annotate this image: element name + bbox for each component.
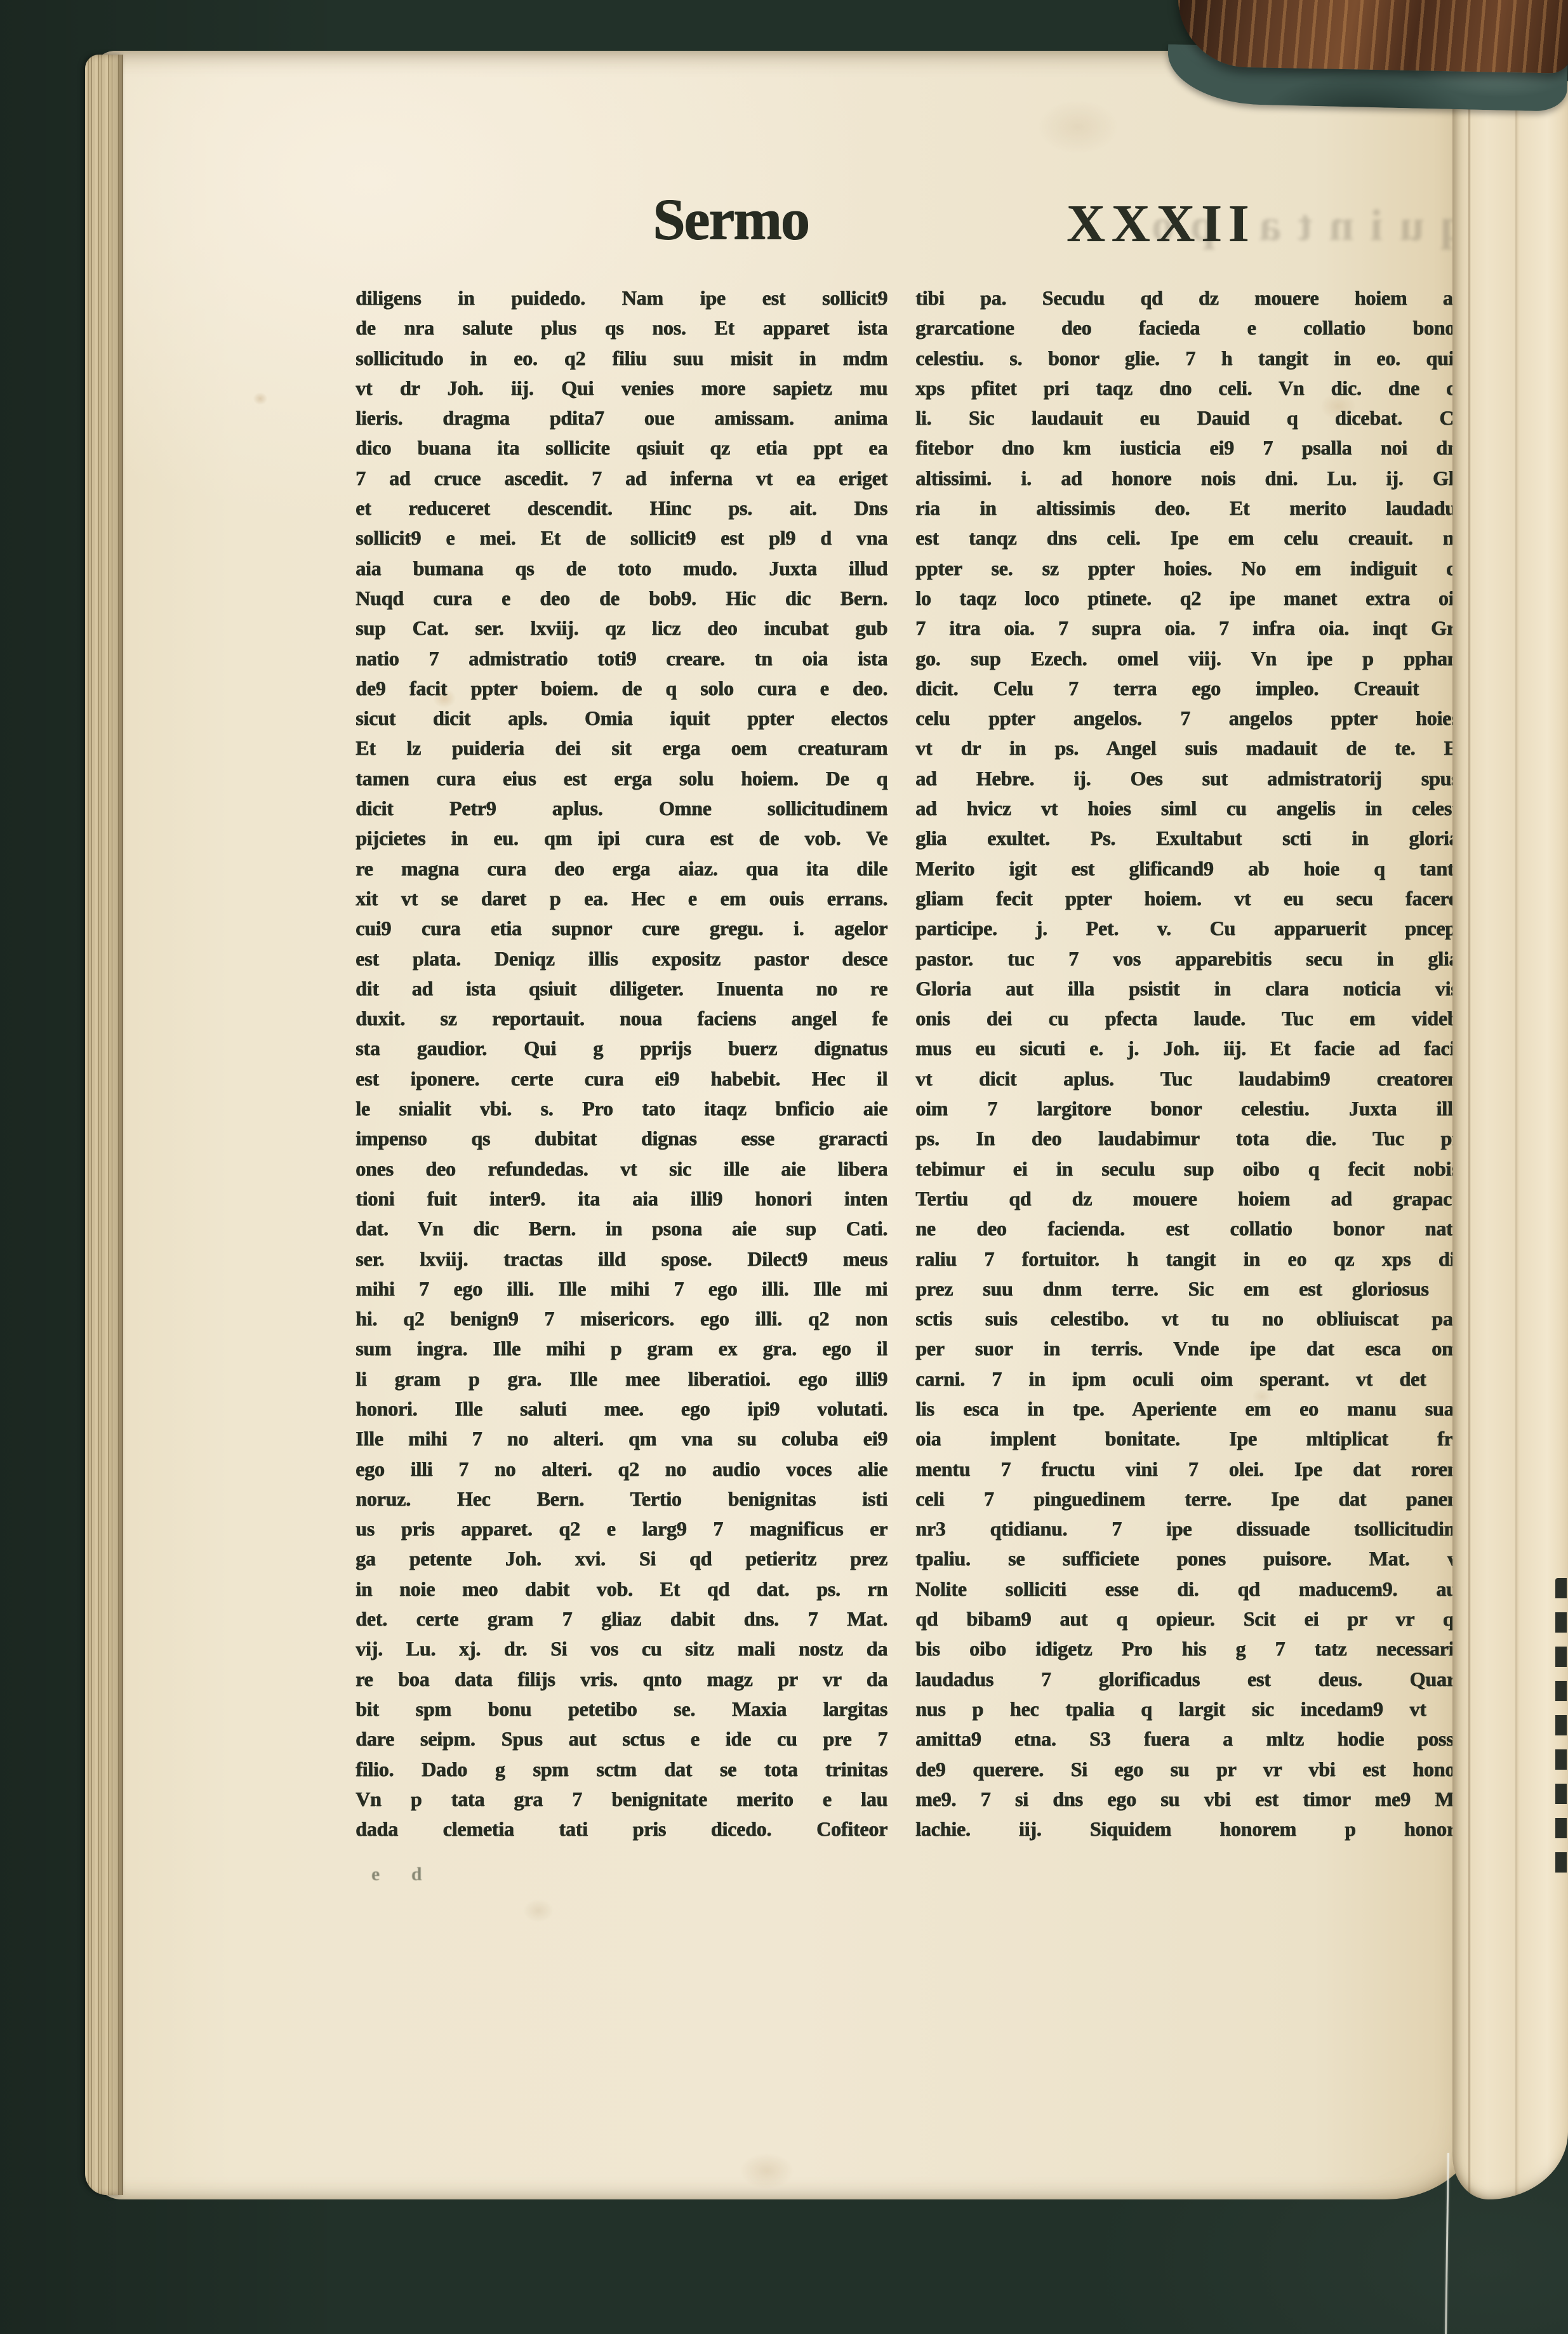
text-line: dada clemetia tati pris dicedo. Cofiteor bbox=[355, 1814, 887, 1844]
text-line: go. sup Ezech. omel viij. Vn ipe p ppham bbox=[915, 644, 1464, 673]
text-line: tpaliu. se sufficiete pones puisore. Mat… bbox=[915, 1544, 1464, 1574]
text-line: honori. Ille saluti mee. ego ipi9 voluta… bbox=[355, 1394, 887, 1424]
text-line: xps pfitet pri taqz dno celi. Vn dic. dn… bbox=[915, 373, 1464, 403]
text-line: xit vt se daret p ea. Hec e em ouis erra… bbox=[355, 884, 887, 913]
leather-binding-corner bbox=[1177, 0, 1568, 74]
text-line: duxit. sz reportauit. noua faciens angel… bbox=[355, 1004, 887, 1033]
text-column-right: tibi pa. Secudu qd dz mouere hoiem adgra… bbox=[915, 283, 1464, 1854]
text-line: dico buana ita sollicite qsiuit qz etia … bbox=[355, 433, 887, 463]
text-line: dicit Petr9 aplus. Omne sollicitudinem bbox=[355, 793, 887, 823]
text-line: altissimi. i. ad honore nois dni. Lu. ij… bbox=[915, 463, 1464, 493]
text-line: me9. 7 si dns ego su vbi est timor me9 M… bbox=[915, 1784, 1464, 1814]
text-line: de9 facit ppter boiem. de q solo cura e … bbox=[355, 673, 887, 703]
text-line: li gram p gra. Ille mee liberatioi. ego … bbox=[355, 1364, 887, 1394]
text-line: cui9 cura etia supnor cure gregu. i. age… bbox=[355, 913, 887, 943]
text-line: tebimur ei in seculu sup oibo q fecit no… bbox=[915, 1154, 1464, 1184]
text-line: vt dr in ps. Angel suis madauit de te. E… bbox=[915, 733, 1464, 763]
text-line: 7 itra oia. 7 supra oia. 7 infra oia. in… bbox=[915, 613, 1464, 643]
text-line: mentu 7 fructu vini 7 olei. Ipe dat rore… bbox=[915, 1454, 1464, 1484]
text-line: carni. 7 in ipm oculi oim sperant. vt de… bbox=[915, 1364, 1464, 1394]
text-line: le snialit vbi. s. Pro tato itaqz bnfici… bbox=[355, 1094, 887, 1124]
text-line: ria in altissimis deo. Et merito laudadu… bbox=[915, 493, 1464, 523]
text-line: dit ad ista qsiuit diligeter. Inuenta no… bbox=[355, 974, 887, 1004]
text-line: filio. Dado g spm sctm dat se tota trini… bbox=[355, 1754, 887, 1784]
text-line: glia exultet. Ps. Exultabut scti in glor… bbox=[915, 823, 1464, 853]
text-line: lis esca in tpe. Aperiente em eo manu su… bbox=[915, 1394, 1464, 1424]
text-line: raliu 7 fortuitor. h tangit in eo qz xps… bbox=[915, 1244, 1464, 1274]
text-line: re magna cura deo erga aiaz. qua ita dil… bbox=[355, 854, 887, 884]
text-line: nr3 qtidianu. 7 ipe dissuade tsollicitud… bbox=[915, 1514, 1464, 1544]
text-line: 7 ad cruce ascedit. 7 ad inferna vt ea e… bbox=[355, 463, 887, 493]
text-line: pijcietes in eu. qm ipi cura est de vob.… bbox=[355, 823, 887, 853]
text-line: per suor in terris. Vnde ipe dat esca om… bbox=[915, 1334, 1464, 1363]
text-line: ne deo facienda. est collatio bonor natu bbox=[915, 1214, 1464, 1243]
text-line: sollicitudo in eo. q2 filiu suu misit in… bbox=[355, 343, 887, 373]
text-line: sollicit9 e mei. Et de sollicit9 est pl9… bbox=[355, 523, 887, 553]
text-line: gliam fecit ppter hoiem. vt eu secu face… bbox=[915, 884, 1464, 913]
text-line: sum ingra. Ille mihi p gram ex gra. ego … bbox=[355, 1334, 887, 1363]
text-line: noruz. Hec Bern. Tertio benignitas isti bbox=[355, 1484, 887, 1514]
text-line: natio 7 admistratio toti9 creare. tn oia… bbox=[355, 644, 887, 673]
book-page: quinta po Sermo XXXII diligens in puided… bbox=[94, 51, 1479, 2199]
text-line: ser. lxviij. tractas illd spose. Dilect9… bbox=[355, 1244, 887, 1274]
text-line: dicit. Celu 7 terra ego impleo. Creauit … bbox=[915, 673, 1464, 703]
sermon-number: XXXII bbox=[1066, 193, 1255, 255]
text-line: tamen cura eius est erga solu hoiem. De … bbox=[355, 764, 887, 793]
text-line: ppter se. sz ppter hoies. No em indiguit… bbox=[915, 554, 1464, 583]
text-line: mus eu sicuti e. j. Joh. iij. Et facie a… bbox=[915, 1033, 1464, 1063]
text-line: ad Hebre. ij. Oes sut admistratorij spus… bbox=[915, 764, 1464, 793]
text-line: Et lz puideria dei sit erga oem creatura… bbox=[355, 733, 887, 763]
text-line: vt dicit aplus. Tuc laudabim9 creatorem bbox=[915, 1064, 1464, 1094]
text-line: ego illi 7 no alteri. q2 no audio voces … bbox=[355, 1454, 887, 1484]
text-line: impenso qs dubitat dignas esse graracti bbox=[355, 1124, 887, 1153]
text-line: aia bumana qs de toto mudo. Juxta illud bbox=[355, 554, 887, 583]
text-line: mihi 7 ego illi. Ille mihi 7 ego illi. I… bbox=[355, 1274, 887, 1304]
text-line: Gloria aut illa psistit in clara noticia… bbox=[915, 974, 1464, 1004]
text-line: Tertiu qd dz mouere hoiem ad grapacti bbox=[915, 1184, 1464, 1214]
text-line: tioni fuit inter9. ita aia illi9 honori … bbox=[355, 1184, 887, 1214]
text-line: dat. Vn dic Bern. in psona aie sup Cati. bbox=[355, 1214, 887, 1243]
text-line: ps. In deo laudabimur tota die. Tuc pfi bbox=[915, 1124, 1464, 1153]
text-line: lieris. dragma pdita7 oue amissam. anima bbox=[355, 403, 887, 433]
text-line: lachie. iij. Siquidem honorem p honore bbox=[915, 1814, 1464, 1844]
text-line: sicut dicit apls. Omia iquit ppter elect… bbox=[355, 703, 887, 733]
text-line: Vn p tata gra 7 benignitate merito e lau bbox=[355, 1784, 887, 1814]
text-line: grarcatione deo facieda e collatio bonor bbox=[915, 313, 1464, 343]
text-line: celi 7 pinguedinem terre. Ipe dat panem bbox=[915, 1484, 1464, 1514]
text-line: de nra salute plus qs nos. Et apparet is… bbox=[355, 313, 887, 343]
text-line: celu ppter angelos. 7 angelos ppter hoie… bbox=[915, 703, 1464, 733]
text-line: dare seipm. Spus aut sctus e ide cu pre … bbox=[355, 1724, 887, 1754]
text-line: est tanqz dns celi. Ipe em celu creauit.… bbox=[915, 523, 1464, 553]
text-line: tibi pa. Secudu qd dz mouere hoiem ad bbox=[915, 283, 1464, 313]
text-line: prez suu dnm terre. Sic em est gloriosus… bbox=[915, 1274, 1464, 1304]
text-line: amitta9 etna. S3 fuera a mltz hodie poss… bbox=[915, 1724, 1464, 1754]
text-line: diligens in puidedo. Nam ipe est sollici… bbox=[355, 283, 887, 313]
text-line: participe. j. Pet. v. Cu apparuerit pnce… bbox=[915, 913, 1464, 943]
text-line: re boa data filijs vris. qnto magz pr vr… bbox=[355, 1664, 887, 1694]
fore-edge-stack-left bbox=[85, 55, 123, 2195]
text-line: Nolite solliciti esse di. qd maducem9. a… bbox=[915, 1574, 1464, 1604]
text-line: vt dr Joh. iij. Qui venies more sapietz … bbox=[355, 373, 887, 403]
text-line: sctis suis celestibo. vt tu no obliuisca… bbox=[915, 1304, 1464, 1334]
text-line: oia implent bonitate. Ipe mltiplicat fru bbox=[915, 1424, 1464, 1454]
facing-page-text-fragments bbox=[1555, 1578, 1567, 1876]
text-line: Ille mihi 7 no alteri. qm vna su coluba … bbox=[355, 1424, 887, 1454]
signature-mark: e d bbox=[371, 1864, 422, 1885]
text-line: est iponere. certe cura ei9 habebit. Hec… bbox=[355, 1064, 887, 1094]
text-line: onis dei cu pfecta laude. Tuc em videbi bbox=[915, 1004, 1464, 1033]
text-line: ga petente Joh. xvi. Si qd petieritz pre… bbox=[355, 1544, 887, 1574]
text-line: ad hvicz vt hoies siml cu angelis in cel… bbox=[915, 793, 1464, 823]
text-line: vij. Lu. xj. dr. Si vos cu sitz mali nos… bbox=[355, 1634, 887, 1664]
next-leaves-edge bbox=[1452, 81, 1568, 2199]
text-line: ones deo refundedas. vt sic ille aie lib… bbox=[355, 1154, 887, 1184]
text-line: pastor. tuc 7 vos apparebitis secu in gl… bbox=[915, 944, 1464, 974]
photograph-of-book: { "colors":{ "background":"#223129", "pa… bbox=[0, 0, 1568, 2334]
text-column-left: diligens in puidedo. Nam ipe est sollici… bbox=[355, 283, 887, 1854]
text-line: fitebor dno km iusticia ei9 7 psalla noi… bbox=[915, 433, 1464, 463]
text-line: et reduceret descendit. Hinc ps. ait. Dn… bbox=[355, 493, 887, 523]
text-line: Merito igit est glificand9 ab hoie q tan… bbox=[915, 854, 1464, 884]
text-line: Nuqd cura e deo de bob9. Hic dic Bern. bbox=[355, 583, 887, 613]
text-line: est plata. Deniqz illis expositz pastor … bbox=[355, 944, 887, 974]
text-line: oim 7 largitore bonor celestiu. Juxta il… bbox=[915, 1094, 1464, 1124]
text-line: bis oibo idigetz Pro his g 7 tatz necess… bbox=[915, 1634, 1464, 1664]
text-line: lo taqz loco ptinete. q2 ipe manet extra… bbox=[915, 583, 1464, 613]
text-line: qd bibam9 aut q opieur. Scit ei pr vr qa bbox=[915, 1604, 1464, 1634]
text-line: laudadus 7 glorificadus est deus. Quare bbox=[915, 1664, 1464, 1694]
text-line: us pris apparet. q2 e larg9 7 magnificus… bbox=[355, 1514, 887, 1544]
text-line: bit spm bonu petetibo se. Maxia largitas bbox=[355, 1694, 887, 1724]
text-line: sta gaudior. Qui g pprijs buerz dignatus bbox=[355, 1033, 887, 1063]
text-line: de9 querere. Si ego su pr vr vbi est hon… bbox=[915, 1754, 1464, 1784]
text-line: det. certe gram 7 gliaz dabit dns. 7 Mat… bbox=[355, 1604, 887, 1634]
text-line: in noie meo dabit vob. Et qd dat. ps. rn bbox=[355, 1574, 887, 1604]
text-line: celestiu. s. bonor glie. 7 h tangit in e… bbox=[915, 343, 1464, 373]
text-line: hi. q2 benign9 7 misericors. ego illi. q… bbox=[355, 1304, 887, 1334]
text-line: nus p hec tpalia q largit sic incedam9 v… bbox=[915, 1694, 1464, 1724]
text-line: sup Cat. ser. lxviij. qz licz deo incuba… bbox=[355, 613, 887, 643]
running-title: Sermo bbox=[653, 185, 808, 253]
text-line: li. Sic laudauit eu Dauid q dicebat. Co bbox=[915, 403, 1464, 433]
